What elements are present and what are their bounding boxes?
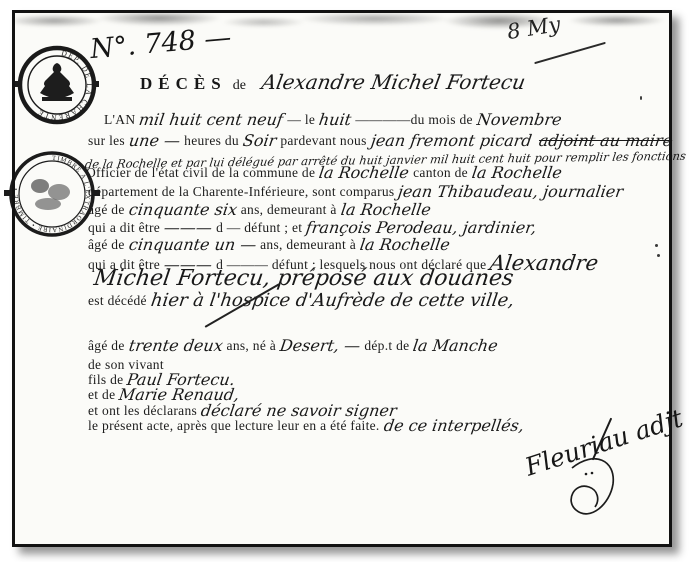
handwritten-text: Soir bbox=[242, 131, 278, 150]
printed-text: sur les bbox=[88, 133, 125, 148]
printed-text: heures du bbox=[184, 133, 239, 148]
imperial-eagle-seal-graphic: DEP. DE LA CHARENTE bbox=[15, 43, 99, 127]
handwritten-text: la Rochelle bbox=[471, 163, 564, 182]
printed-text: qui a dit être bbox=[88, 220, 160, 235]
heading-deces: DÉCÈS bbox=[140, 74, 227, 93]
ink-speck bbox=[655, 244, 658, 247]
handwritten-text: la Rochelle bbox=[318, 163, 411, 182]
handwritten-text: trente deux bbox=[127, 336, 224, 355]
act-line-11: est décédéhier à l'hospice d'Aufrède de … bbox=[88, 290, 518, 311]
signature-flourish bbox=[556, 458, 648, 549]
deceased-name: Alexandre Michel Fortecu bbox=[260, 70, 527, 94]
printed-text: âgé de bbox=[88, 338, 125, 353]
act-heading: DÉCÈSdeAlexandre Michel Fortecu bbox=[140, 70, 525, 94]
handwritten-text: huit bbox=[318, 110, 353, 129]
handwritten-text: une — bbox=[128, 131, 182, 150]
handwritten-text: jean Thibaudeau, journalier bbox=[397, 182, 625, 201]
printed-text: du mois de bbox=[411, 112, 473, 127]
act-line-17: le présent acte, après que lecture leur … bbox=[88, 416, 528, 435]
handwritten-text: cinquante six bbox=[127, 200, 238, 219]
act-line-6: âgé decinquante sixans, demeurant àla Ro… bbox=[88, 200, 435, 219]
printed-text: — le bbox=[287, 112, 315, 127]
printed-text: canton de bbox=[413, 165, 468, 180]
act-line-4: Officier de l'état civil de la commune d… bbox=[86, 163, 566, 182]
ink-speck bbox=[657, 254, 660, 257]
printed-text: dép.t de bbox=[364, 338, 409, 353]
imperial-eagle-seal: DEP. DE LA CHARENTE bbox=[15, 43, 99, 132]
printed-text: âgé de bbox=[88, 202, 125, 217]
handwritten-text: mil huit cent neuf bbox=[138, 110, 285, 129]
handwritten-text: Novembre bbox=[475, 110, 562, 129]
printed-text: âgé de bbox=[88, 237, 125, 252]
ink-speck bbox=[640, 96, 642, 100]
printed-text: L'AN bbox=[104, 112, 135, 127]
printed-text: et de bbox=[88, 387, 115, 402]
act-line-1: L'ANmil huit cent neuf— lehuit————du moi… bbox=[104, 110, 565, 129]
printed-text: Officier de l'état civil de la commune d… bbox=[86, 165, 315, 180]
printed-text: le présent acte, après que lecture leur … bbox=[88, 418, 380, 433]
act-line-10: Michel Fortecu, préposé aux douanes bbox=[90, 266, 517, 291]
handwritten-text: Michel Fortecu, préposé aux douanes bbox=[92, 266, 515, 291]
handwritten-text: la Rochelle bbox=[339, 200, 432, 219]
act-line-5: département de la Charente-Inférieure, s… bbox=[88, 182, 628, 201]
printed-text: ———— bbox=[355, 112, 410, 127]
printed-text: d — défunt ; et bbox=[216, 220, 302, 235]
printed-text: pardevant nous bbox=[280, 133, 366, 148]
printed-text: ans, né à bbox=[227, 338, 277, 353]
handwritten-text: Desert, — bbox=[279, 336, 362, 355]
handwritten-text: de ce interpellés, bbox=[382, 416, 525, 435]
eagle-silhouette bbox=[40, 63, 74, 98]
handwritten-text: hier à l'hospice d'Aufrède de cette vill… bbox=[149, 290, 515, 311]
printed-text: est décédé bbox=[88, 293, 147, 308]
act-line-12: âgé detrente deuxans, né àDesert, —dép.t… bbox=[88, 336, 502, 355]
handwritten-text: jean fremont picard bbox=[369, 131, 532, 150]
handwritten-text: la Manche bbox=[412, 336, 499, 355]
printed-text: ans, demeurant à bbox=[260, 237, 356, 252]
printed-text: département de la Charente-Inférieure, s… bbox=[88, 184, 394, 199]
heading-de: de bbox=[233, 78, 246, 93]
printed-text: ans, demeurant à bbox=[241, 202, 337, 217]
